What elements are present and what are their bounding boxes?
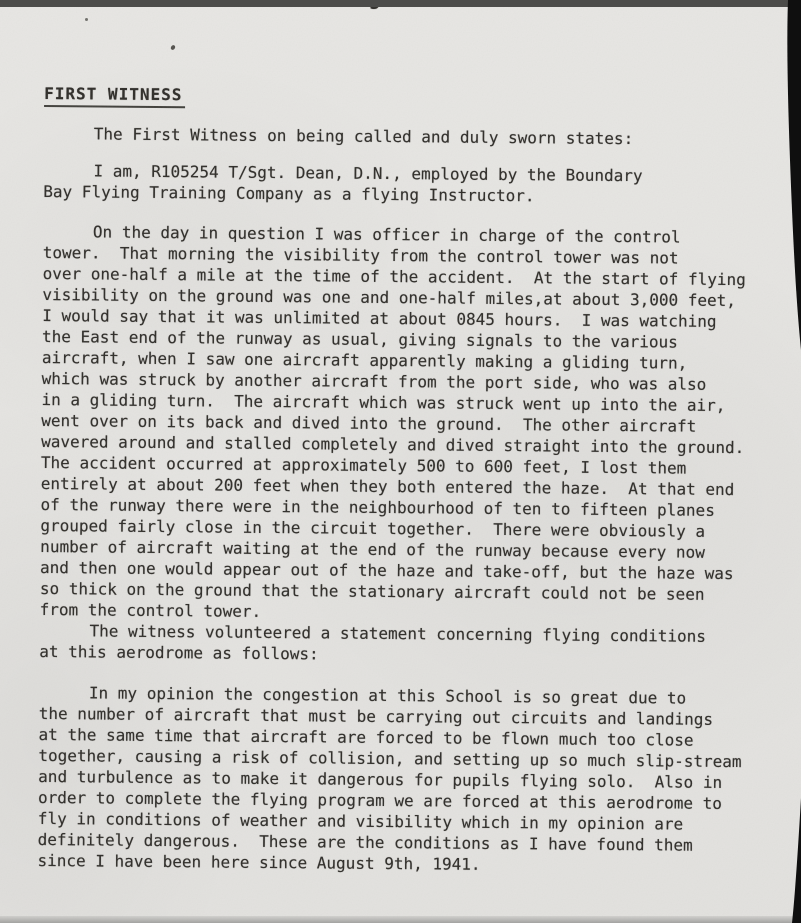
scan-top-edge [0,0,801,7]
paragraph-4: The witness volunteered a statement conc… [39,620,706,668]
section-heading: FIRST WITNESS [44,84,185,108]
scan-bottom-edge [0,916,801,923]
paragraph-3: On the day in question I was officer in … [40,221,747,626]
ink-speck [85,18,88,21]
paragraph-2: I am, R105254 T/Sgt. Dean, D.N., employe… [43,160,642,207]
document-content: FIRST WITNESS The First Witness on being… [0,0,801,923]
paragraph-5: In my opinion the congestion at this Sch… [37,682,742,877]
scanned-page: - 3 - FIRST WITNESS The First Witness on… [0,0,801,923]
paragraph-1: The First Witness on being called and du… [44,123,634,149]
